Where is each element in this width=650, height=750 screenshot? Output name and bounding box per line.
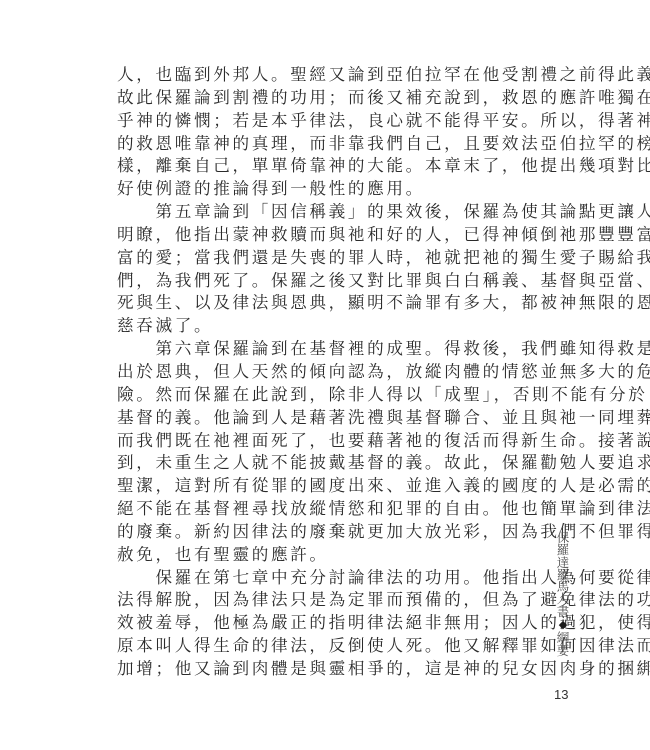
text-line: 險。然而保羅在此說到，除非人得以「成聖」，否則不能有分於	[117, 384, 525, 407]
text-line: 慈吞滅了。	[117, 315, 525, 338]
running-head: 保 羅 達 羅 馬 人 書 ◆ 綱 要	[555, 532, 571, 657]
page-number: 13	[554, 687, 568, 702]
text-line: 保羅在第七章中充分討論律法的功用。他指出人為何要從律	[117, 567, 525, 590]
text-line: 原本叫人得生命的律法，反倒使人死。他又解釋罪如何因律法而	[117, 635, 525, 658]
text-line: 第六章保羅論到在基督裡的成聖。得救後，我們雖知得救是	[117, 338, 525, 361]
book-page: 人，也臨到外邦人。聖經又論到亞伯拉罕在他受割禮之前得此義， 故此保羅論到割禮的功…	[0, 0, 650, 750]
text-line: 的廢棄。新約因律法的廢棄就更加大放光彩，因為我們不但罪得	[117, 521, 525, 544]
text-line: 乎神的憐憫；若是本乎律法，良心就不能得平安。所以，得著神	[117, 110, 525, 133]
text-line: 赦免，也有聖靈的應許。	[117, 544, 525, 567]
running-head-char: 要	[555, 645, 571, 657]
text-line: 到，未重生之人就不能披戴基督的義。故此，保羅勸勉人要追求	[117, 452, 525, 475]
text-line: 明瞭，他指出蒙神救贖而與祂和好的人，已得神傾倒祂那豐豐富	[117, 224, 525, 247]
text-line: 加增；他又論到肉體是與靈相爭的，這是神的兒女因肉身的捆綁	[117, 658, 525, 681]
text-line: 效被羞辱，他極為嚴正的指明律法絕非無用；因人的過犯，使得	[117, 612, 525, 635]
text-line: 死與生、以及律法與恩典，顯明不論罪有多大，都被神無限的恩	[117, 292, 525, 315]
text-line: 法得解脫，因為律法只是為定罪而預備的，但為了避免律法的功	[117, 589, 525, 612]
text-line: 聖潔，這對所有從罪的國度出來、並進入義的國度的人是必需的，	[117, 475, 525, 498]
text-line: 的救恩唯靠神的真理，而非靠我們自己，且要效法亞伯拉罕的榜	[117, 133, 525, 156]
text-line: 出於恩典，但人天然的傾向認為，放縱肉體的情慾並無多大的危	[117, 361, 525, 384]
text-line: 好使例證的推論得到一般性的應用。	[117, 178, 525, 201]
text-line: 們，為我們死了。保羅之後又對比罪與白白稱義、基督與亞當、	[117, 270, 525, 293]
text-line: 絕不能在基督裡尋找放縱情慾和犯罪的自由。他也簡單論到律法	[117, 498, 525, 521]
body-text: 人，也臨到外邦人。聖經又論到亞伯拉罕在他受割禮之前得此義， 故此保羅論到割禮的功…	[117, 64, 525, 681]
text-line: 富的愛；當我們還是失喪的罪人時，祂就把祂的獨生愛子賜給我	[117, 247, 525, 270]
text-line: 第五章論到「因信稱義」的果效後，保羅為使其論點更讓人	[117, 201, 525, 224]
text-line: 樣，離棄自己，單單倚靠神的大能。本章末了，他提出幾項對比，	[117, 155, 525, 178]
text-line: 故此保羅論到割禮的功用；而後又補充說到，救恩的應許唯獨在	[117, 87, 525, 110]
running-head-char: 書	[555, 606, 571, 618]
text-line: 基督的義。他論到人是藉著洗禮與基督聯合、並且與祂一同埋葬；	[117, 407, 525, 430]
text-line: 而我們既在祂裡面死了，也要藉著祂的復活而得新生命。接著說	[117, 430, 525, 453]
text-line: 人，也臨到外邦人。聖經又論到亞伯拉罕在他受割禮之前得此義，	[117, 64, 525, 87]
